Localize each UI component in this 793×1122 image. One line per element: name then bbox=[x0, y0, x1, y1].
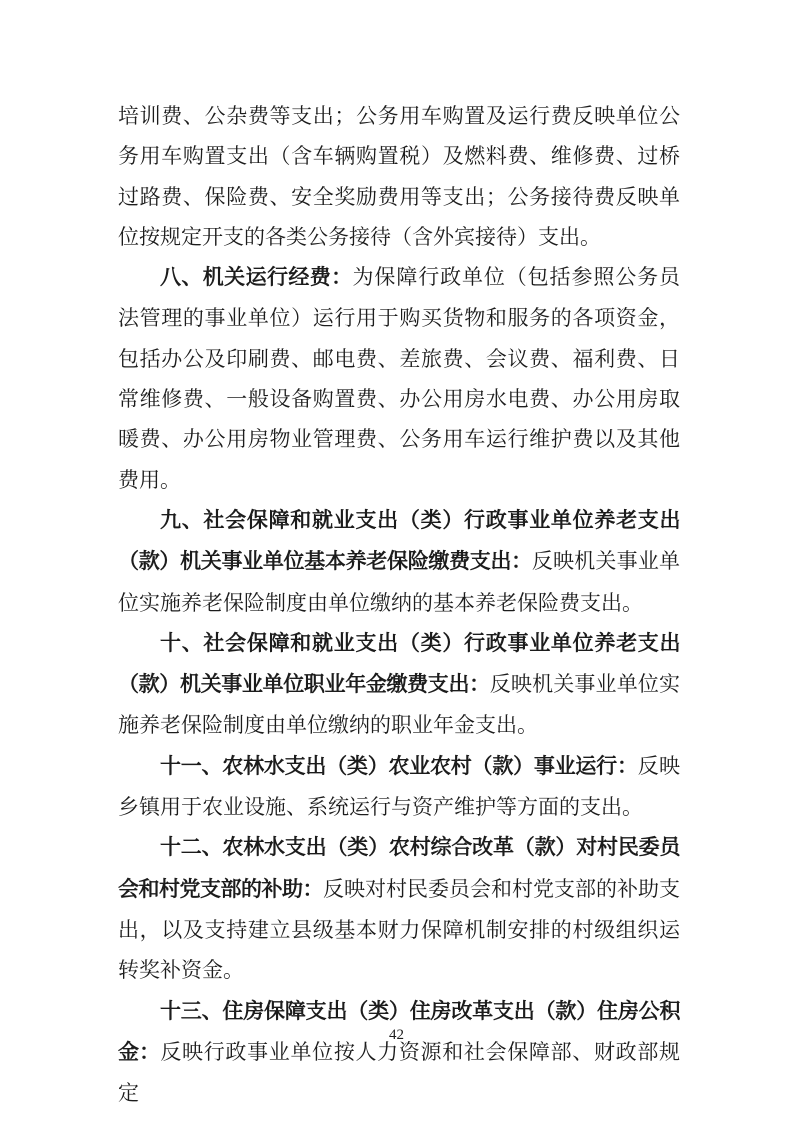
paragraph: 培训费、公杂费等支出；公务用车购置及运行费反映单位公务用车购置支出（含车辆购置税… bbox=[118, 96, 680, 257]
document-page: 培训费、公杂费等支出；公务用车购置及运行费反映单位公务用车购置支出（含车辆购置税… bbox=[0, 0, 793, 1122]
paragraph: 八、机关运行经费：为保障行政单位（包括参照公务员法管理的事业单位）运行用于购买货… bbox=[118, 257, 680, 500]
page-footer: 42 bbox=[0, 1024, 793, 1046]
paragraph: 十、社会保障和就业支出（类）行政事业单位养老支出（款）机关事业单位职业年金缴费支… bbox=[118, 623, 680, 746]
paragraph-heading-text: 八、机关运行经费： bbox=[160, 266, 353, 289]
paragraph: 十三、住房保障支出（类）住房改革支出（款）住房公积金：反映行政事业单位按人力资源… bbox=[118, 991, 680, 1114]
paragraph: 十一、农林水支出（类）农业农村（款）事业运行：反映乡镇用于农业设施、系统运行与资… bbox=[118, 746, 680, 828]
paragraph-body-text: 反映行政事业单位按人力资源和社会保障部、财政部规定 bbox=[118, 1040, 680, 1105]
page-number: 42 bbox=[389, 1027, 404, 1043]
document-body: 培训费、公杂费等支出；公务用车购置及运行费反映单位公务用车购置支出（含车辆购置税… bbox=[118, 96, 680, 1113]
paragraph-body-text: 培训费、公杂费等支出；公务用车购置及运行费反映单位公务用车购置支出（含车辆购置税… bbox=[118, 104, 680, 249]
paragraph: 九、社会保障和就业支出（类）行政事业单位养老支出（款）机关事业单位基本养老保险缴… bbox=[118, 500, 680, 623]
paragraph-body-text: 为保障行政单位（包括参照公务员法管理的事业单位）运行用于购买货物和服务的各项资金… bbox=[118, 265, 680, 491]
paragraph-heading-text: 十一、农林水支出（类）农业农村（款）事业运行： bbox=[160, 755, 638, 778]
paragraph: 十二、农林水支出（类）农村综合改革（款）对村民委员会和村党支部的补助：反映对村民… bbox=[118, 827, 680, 990]
